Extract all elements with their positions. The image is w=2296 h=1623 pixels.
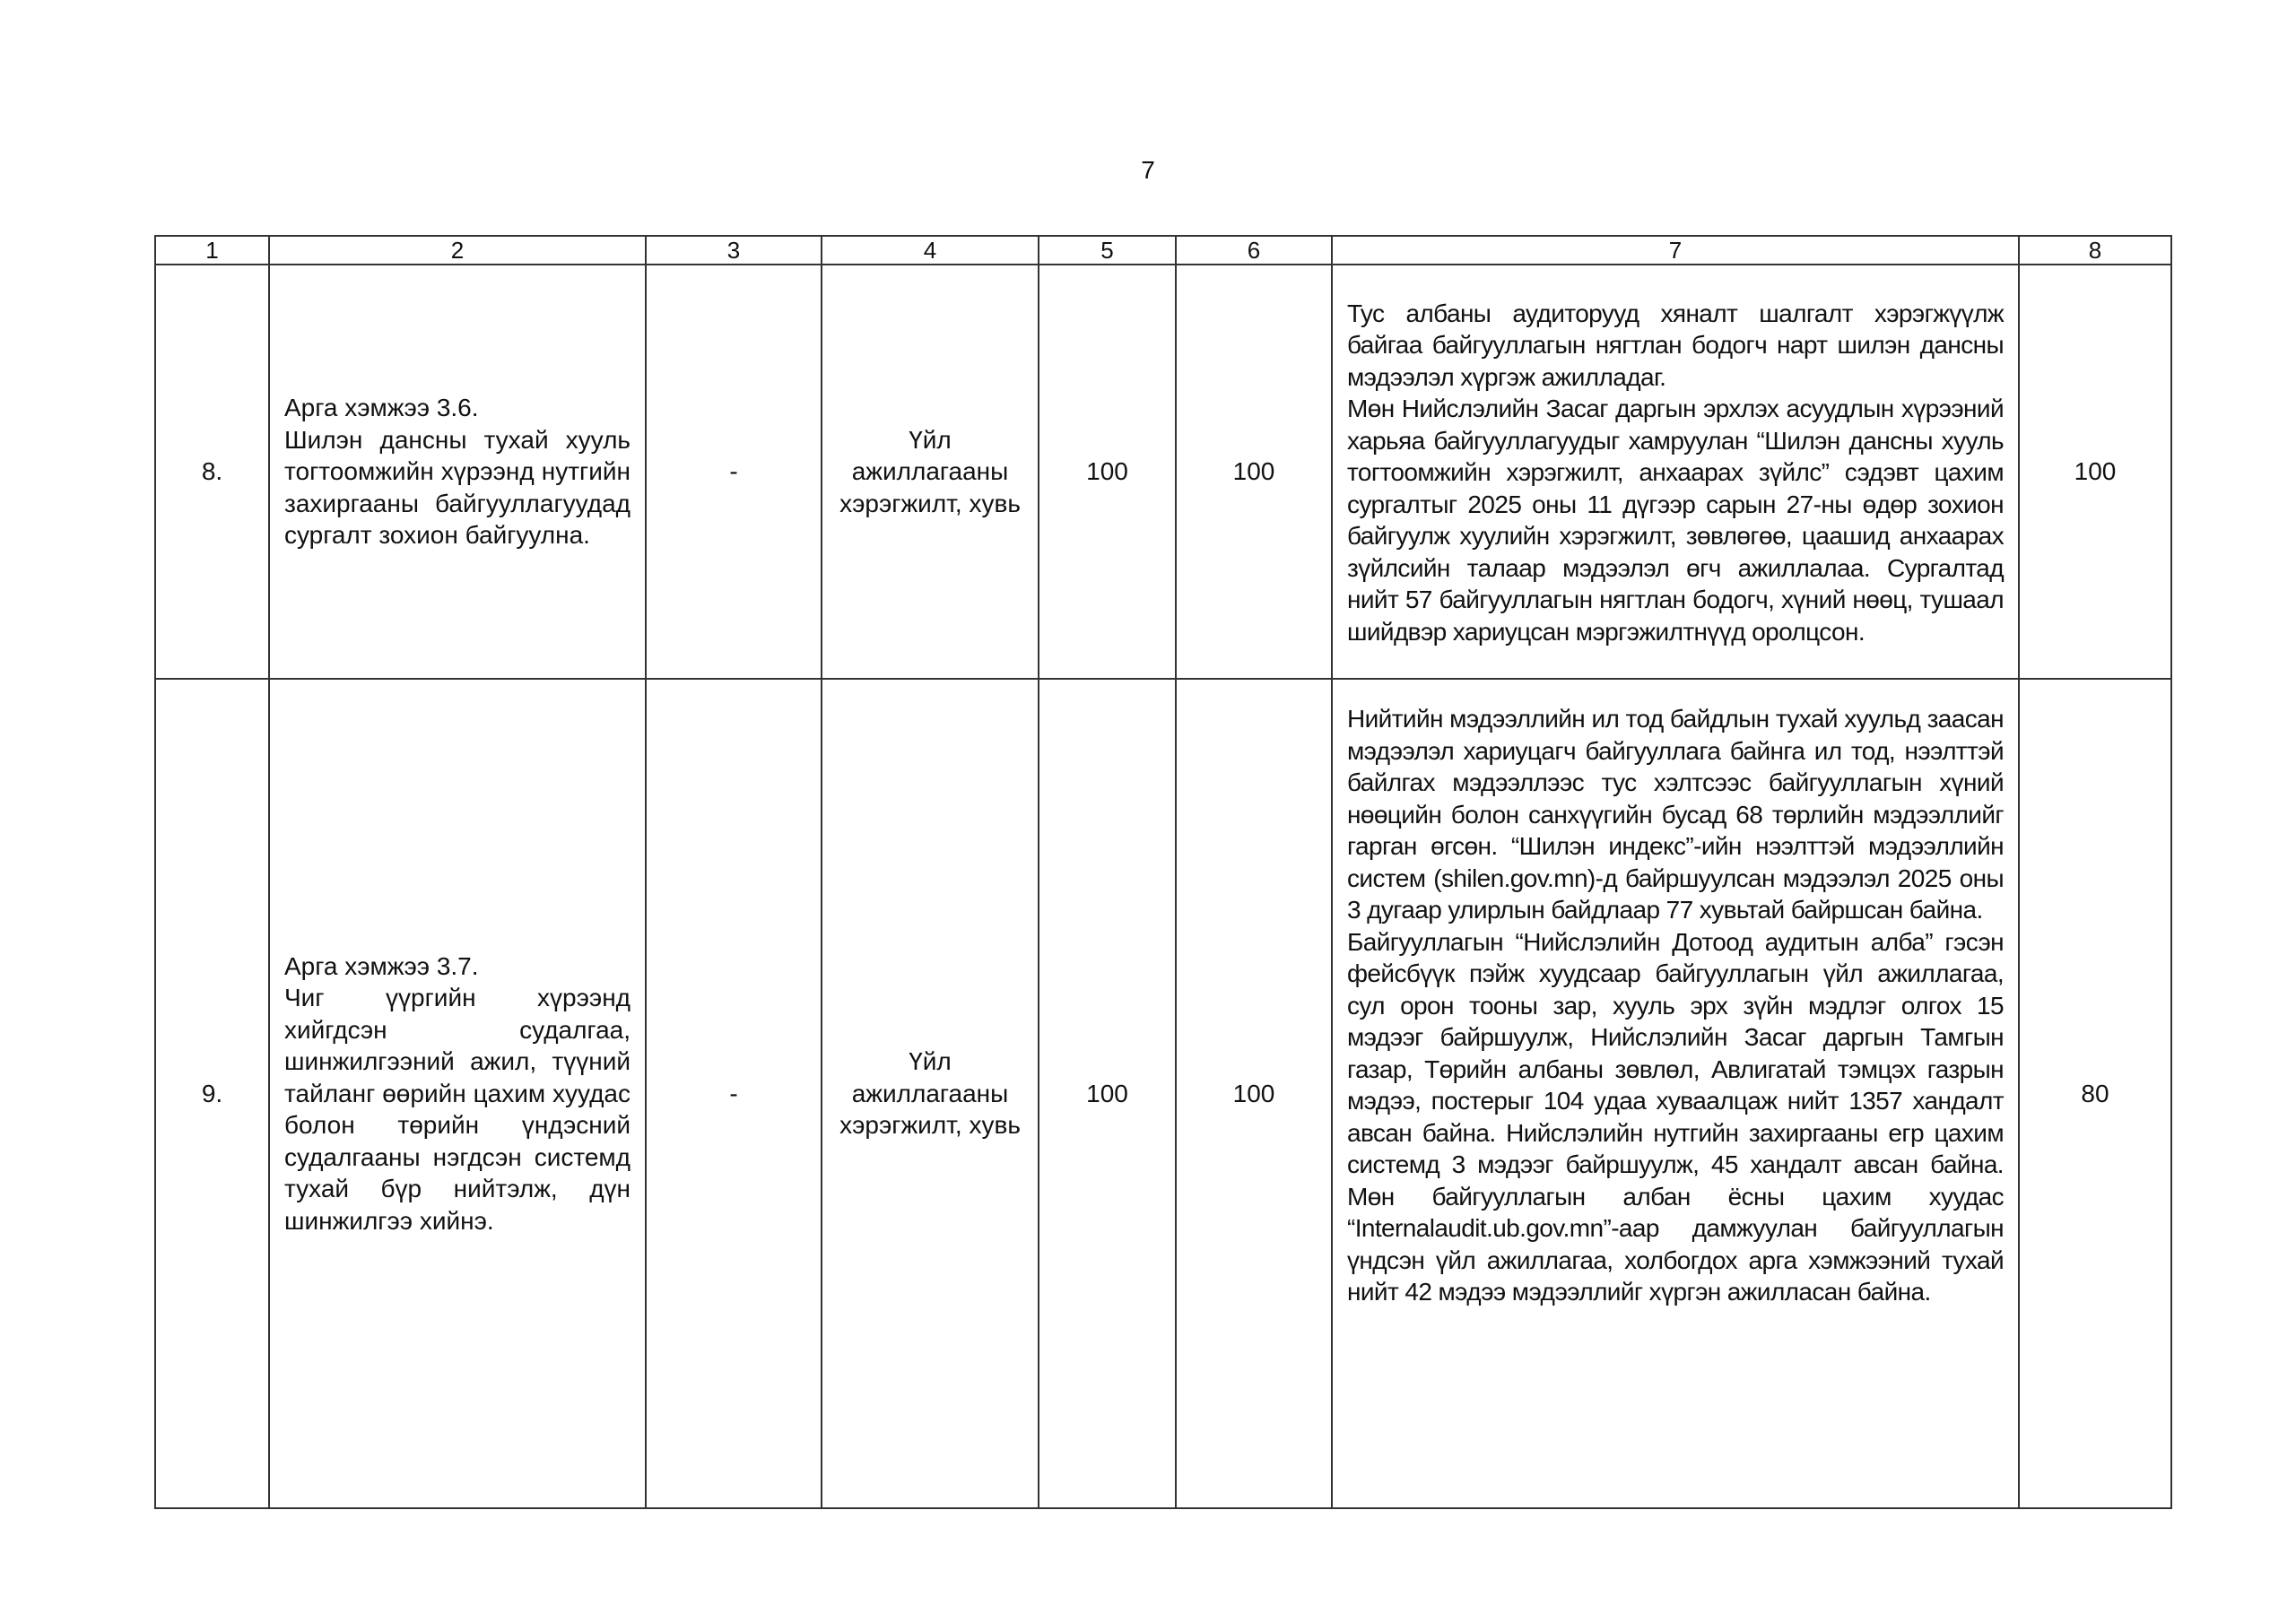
column-header: 3	[646, 236, 822, 265]
row-number: 8.	[155, 265, 269, 679]
result-paragraph: Нийтийн мэдээллийн ил тод байдлын тухай …	[1347, 703, 2004, 926]
action-title: Арга хэмжээ 3.6.	[284, 392, 631, 424]
indicator-cell: Үйл ажиллагааны хэрэгжилт, хувь	[822, 679, 1039, 1508]
target-cell: 100	[1039, 679, 1176, 1508]
action-text: Чиг үүргийн хүрээнд хийгдсэн судалгаа, ш…	[284, 982, 631, 1237]
action-text: Шилэн дансны тухай хууль тогтоомжийн хүр…	[284, 424, 631, 551]
page-number: 7	[0, 154, 2296, 187]
row-number: 9.	[155, 679, 269, 1508]
table-row: 9. Арга хэмжээ 3.7. Чиг үүргийн хүрээнд …	[155, 679, 2171, 1508]
table-row: 8. Арга хэмжээ 3.6. Шилэн дансны тухай х…	[155, 265, 2171, 679]
action-cell: Арга хэмжээ 3.6. Шилэн дансны тухай хуул…	[269, 265, 646, 679]
result-paragraph: Тус албаны аудиторууд хяналт шалгалт хэр…	[1347, 298, 2004, 394]
column-header: 5	[1039, 236, 1176, 265]
column-header: 6	[1176, 236, 1332, 265]
column-header: 1	[155, 236, 269, 265]
plan-cell: 100	[1176, 679, 1332, 1508]
plan-cell: 100	[1176, 265, 1332, 679]
result-cell: Тус албаны аудиторууд хяналт шалгалт хэр…	[1332, 265, 2019, 679]
baseline-cell: -	[646, 679, 822, 1508]
column-header: 4	[822, 236, 1039, 265]
score-cell: 80	[2019, 679, 2171, 1508]
result-cell: Нийтийн мэдээллийн ил тод байдлын тухай …	[1332, 679, 2019, 1508]
target-cell: 100	[1039, 265, 1176, 679]
result-paragraph: Байгууллагын “Нийслэлийн Дотоод аудитын …	[1347, 926, 2004, 1308]
indicator-cell: Үйл ажиллагааны хэрэгжилт, хувь	[822, 265, 1039, 679]
column-number-header-row: 1 2 3 4 5 6 7 8	[155, 236, 2171, 265]
score-cell: 100	[2019, 265, 2171, 679]
report-table: 1 2 3 4 5 6 7 8 8. Арга хэмжээ 3.6. Шилэ…	[154, 235, 2172, 1509]
column-header: 2	[269, 236, 646, 265]
baseline-cell: -	[646, 265, 822, 679]
column-header: 8	[2019, 236, 2171, 265]
column-header: 7	[1332, 236, 2019, 265]
result-paragraph: Мөн Нийслэлийн Засаг даргын эрхлэх асууд…	[1347, 393, 2004, 647]
action-cell: Арга хэмжээ 3.7. Чиг үүргийн хүрээнд хий…	[269, 679, 646, 1508]
action-title: Арга хэмжээ 3.7.	[284, 950, 631, 983]
